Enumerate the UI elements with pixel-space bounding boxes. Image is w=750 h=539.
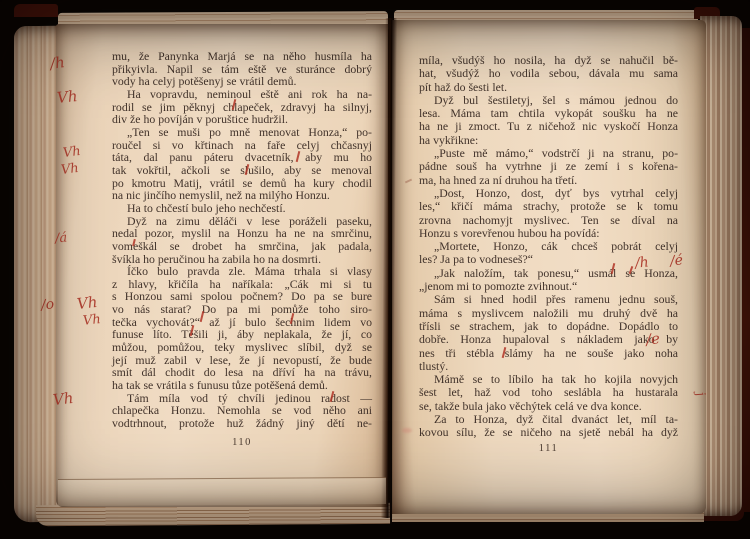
text-line: Sám si hned hodil přes ramenu jednu souš… [419,293,678,306]
right-page-text: míla, všudýš ho nosila, ha dyž se nahuči… [419,54,678,440]
text-line: vodtrhnout, protože huž žádný jiný dětí … [112,417,372,430]
right-page-edge-stack [700,16,742,516]
text-line: nes tři stébla slámy ha ne souše jako no… [419,347,678,360]
text-line: se, takže bula jako věchýtek celá ve dva… [419,400,678,413]
margin-annotation: Vh [62,145,81,160]
text-line: třísli se strachem, jak to dopádne. Dopá… [419,320,678,333]
text-line: pádne souš ha vytrhne ji ze zemí i s koř… [419,160,678,173]
text-line: vomeškál se drobet ha smrčina, jak padal… [112,240,372,253]
text-line: kovou sílu, že se ničeho na sjetě nebál … [419,426,678,439]
text-line: máma s myslivcem naložili mu druhý dvě h… [419,307,678,320]
margin-annotation: Vh [82,313,101,328]
text-line: ha vykřikne: [419,134,678,147]
text-line: nedal pozor, myslil na Honzu ha ne na sm… [112,227,372,240]
text-line: míla, všudýš ho nosila, ha dyž se nahuči… [419,54,678,67]
page-curl-line [58,477,386,506]
text-line: Ha to chčestí bulo jeho nechčestí. [112,202,372,215]
text-line: zrovna nachomyjt myslivec. Ten se díval … [419,214,678,227]
text-line: vo nás starat? Do pa mi pomůže toho siro… [112,303,372,316]
book-cover-corner-top-left [14,4,58,17]
text-line: můžou, pomůžou, teky myslivec slíbil, dy… [112,341,372,354]
margin-annotation: Vh [60,162,79,177]
margin-annotation: /h [49,55,66,72]
right-page-number: 111 [419,443,678,454]
text-line: táta, dal panu páteru dvacetník, aby mu … [112,151,372,164]
text-line: hat, všudýž ho vodila sebou, dávala mu s… [419,67,678,80]
margin-annotation: /á [54,231,67,245]
left-page-number: 110 [112,437,372,448]
text-line: „Puste mě mámo,“ vodstrčí ji na stranu, … [419,147,678,160]
text-line: šest let, haž vod toho seslábla ha husta… [419,386,678,399]
left-page-text: mu, že Panynka Marjá se na něho husmíla … [112,50,372,430]
text-line: tak vokřtil, ačkoli se slušilo, aby se m… [112,164,372,177]
text-line: pít haž do šesti let. [419,81,678,94]
text-line: ha tak se vrátila s funusu tůze potěšená… [112,379,372,392]
right-page: míla, všudýš ho nosila, ha dyž se nahuči… [392,20,706,514]
ink-smudge [402,428,412,433]
text-line: ma, ha hned za ní druhou ha třetí. [419,174,678,187]
text-line: Honzu s vorevřenou hubou ha povídá: [419,227,678,240]
margin-annotation: Vh [56,89,78,106]
text-line: mu, že Panynka Marjá se na něho husmíla … [112,50,372,63]
text-line: tlustý. [419,360,678,373]
text-line: „Dost, Honzo, dost, dyť bys vytrhal cely… [419,187,678,200]
left-page: mu, že Panynka Marjá se na něho husmíla … [56,24,388,507]
open-book-photo: mu, že Panynka Marjá se na něho husmíla … [0,0,750,539]
margin-annotation: /o [40,297,55,312]
text-line: na nic jinčího nemyslil, než na milýho H… [112,189,372,202]
text-line: ha ne ji zmoct. Tu z ničehož nic vyskočí… [419,120,678,133]
text-line: dobře. Honza hupaloval s nákladem jako b… [419,333,678,346]
margin-annotation: /e [645,331,660,347]
text-line: lesa. Máma tam chtila vykopát soušku ha … [419,107,678,120]
text-line: „Mortete, Honzo, cák chceš pobrát celyj [419,240,678,253]
left-page-edge-stack [14,26,62,522]
margin-annotation: Vh [52,391,74,408]
margin-annotation: Vh [76,295,98,312]
text-line: Mámě se to líbilo ha tak ho kojila novyj… [419,373,678,386]
text-line: Za to Honza, dyž čital dvanáct let, míl … [419,413,678,426]
text-line: „jenom mi to pomozte zvihnout.“ [419,280,678,293]
margin-annotation: /é [669,253,683,268]
margin-annotation: /h [634,255,649,270]
text-line: Dyž bul šestiletyj, šel s mámou jednou d… [419,94,678,107]
text-line: Íčko bulo pravda zle. Máma trhala si vla… [112,265,372,278]
text-line: „Ten se muši po mně menovat Honza,“ po- [112,126,372,139]
text-line: Ha vopravdu, neminoul eště ani rok ha na… [112,88,372,101]
text-line: les,“ křičí máma strachy, protože se k t… [419,200,678,213]
